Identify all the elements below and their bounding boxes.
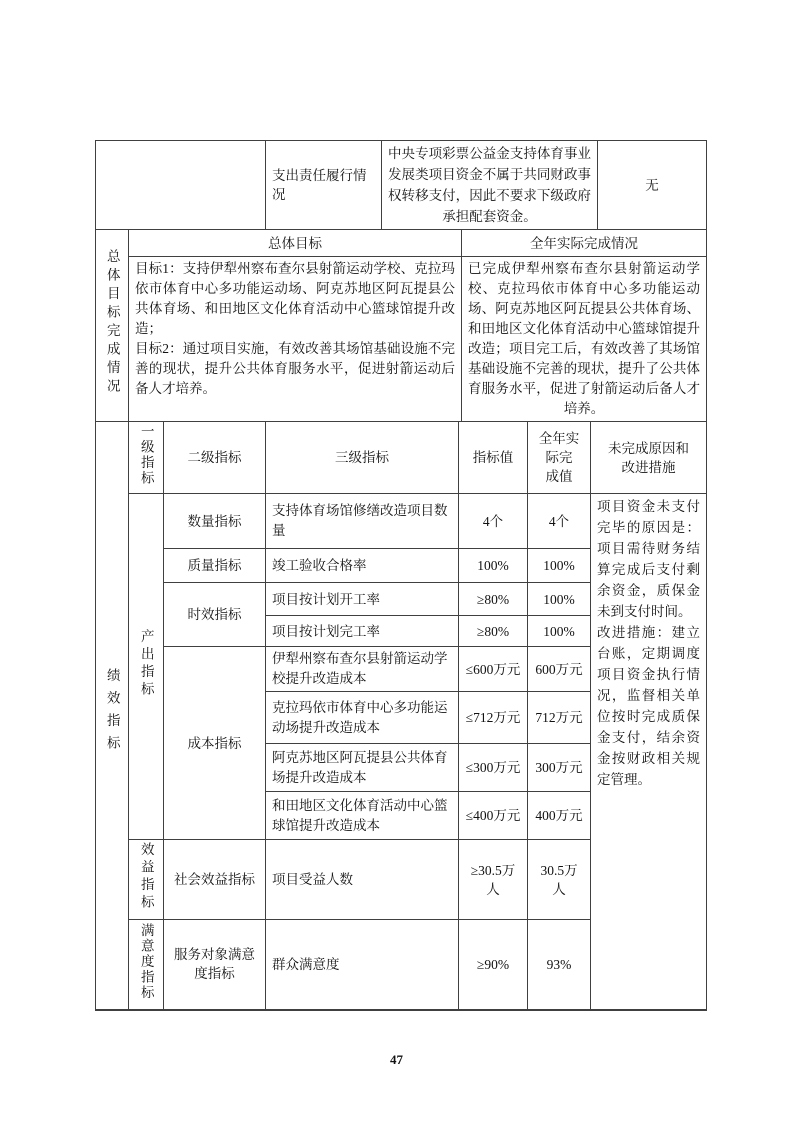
level3-cell: 项目按计划开工率 — [266, 583, 459, 616]
expenditure-detail: 中央专项彩票公益金支持体育事业发展类项目资金不属于共同财政事权转移支付，因此不要… — [382, 141, 598, 230]
header-level1-text: 一级指标 — [139, 424, 153, 486]
header-target: 指标值 — [459, 422, 528, 494]
expenditure-label: 支出责任履行情况 — [266, 141, 382, 230]
actual-cell: 4个 — [528, 494, 591, 549]
target-cell: ≥30.5万人 — [459, 840, 528, 920]
overall-goals-section: 总体目标完成情况 总体目标 全年实际完成情况 目标1：支持伊犁州察布查尔县射箭运… — [95, 229, 707, 422]
level3-cell: 竣工验收合格率 — [266, 549, 459, 583]
indicators-header-row: 绩效指标 一级指标 二级指标 三级指标 指标值 全年实 际完 成值 未完成原因和… — [96, 422, 707, 494]
level3-cell: 项目按计划完工率 — [266, 616, 459, 647]
completion-text-cell: 已完成伊犁州察布查尔县射箭运动学校、克拉玛依市体育中心多功能运动场、阿克苏地区阿… — [462, 257, 707, 422]
target-cell: 4个 — [459, 494, 528, 549]
target-cell: ≥80% — [459, 583, 528, 616]
remark-cell: 项目资金未支付完毕的原因是：项目需待财务结算完成后支付剩余资金，质保金未到支付时… — [591, 494, 707, 1010]
expenditure-result: 无 — [598, 141, 707, 230]
actual-cell: 300万元 — [528, 744, 591, 792]
level2-cell: 数量指标 — [164, 494, 266, 549]
level2-cell: 服务对象满意 度指标 — [164, 920, 266, 1010]
level1-output-text: 产出指标 — [139, 629, 153, 699]
actual-cell: 30.5万人 — [528, 840, 591, 920]
expenditure-section: 支出责任履行情况 中央专项彩票公益金支持体育事业发展类项目资金不属于共同财政事权… — [95, 140, 707, 230]
goal-column-header: 总体目标 — [129, 230, 462, 257]
header-level2: 二级指标 — [164, 422, 266, 494]
level3-cell: 群众满意度 — [266, 920, 459, 1010]
level1-satisfaction: 满意度指标 — [129, 920, 164, 1010]
actual-cell: 400万元 — [528, 792, 591, 840]
actual-cell: 93% — [528, 920, 591, 1010]
performance-report-table: 支出责任履行情况 中央专项彩票公益金支持体育事业发展类项目资金不属于共同财政事权… — [95, 140, 706, 1011]
actual-cell: 712万元 — [528, 692, 591, 744]
target-cell: ≥80% — [459, 616, 528, 647]
overall-goals-side-label-text: 总体目标完成情况 — [105, 249, 119, 397]
goal-text-cell: 目标1：支持伊犁州察布查尔县射箭运动学校、克拉玛依市体育中心多功能运动场、阿克苏… — [129, 257, 462, 422]
actual-cell: 100% — [528, 549, 591, 583]
target-cell: 100% — [459, 549, 528, 583]
completion-column-header: 全年实际完成情况 — [462, 230, 707, 257]
indicator-row: 产出指标 数量指标 支持体育场馆修缮改造项目数量 4个 4个 项目资金未支付完毕… — [96, 494, 707, 549]
level2-cell: 质量指标 — [164, 549, 266, 583]
level1-output: 产出指标 — [129, 494, 164, 840]
target-cell: ≤300万元 — [459, 744, 528, 792]
level3-cell: 克拉玛依市体育中心多功能运动场提升改造成本 — [266, 692, 459, 744]
indicators-side-label: 绩效指标 — [96, 422, 129, 1010]
level2-cell: 社会效益指标 — [164, 840, 266, 920]
level2-cell: 成本指标 — [164, 647, 266, 840]
indicators-side-label-text: 绩效指标 — [105, 668, 119, 758]
level3-cell: 阿克苏地区阿瓦提县公共体育场提升改造成本 — [266, 744, 459, 792]
level3-cell: 和田地区文化体育活动中心篮球馆提升改造成本 — [266, 792, 459, 840]
level3-cell: 项目受益人数 — [266, 840, 459, 920]
page-number: 47 — [0, 1052, 793, 1068]
level3-cell: 支持体育场馆修缮改造项目数量 — [266, 494, 459, 549]
document-page: 支出责任履行情况 中央专项彩票公益金支持体育事业发展类项目资金不属于共同财政事权… — [0, 0, 793, 1122]
level1-benefit-text: 效益指标 — [139, 842, 153, 912]
actual-cell: 100% — [528, 583, 591, 616]
target-cell: ≤400万元 — [459, 792, 528, 840]
empty-cell — [96, 141, 266, 230]
header-remark: 未完成原因和 改进措施 — [591, 422, 707, 494]
target-cell: ≤600万元 — [459, 647, 528, 692]
level1-satisfaction-text: 满意度指标 — [139, 923, 153, 1001]
level2-cell: 时效指标 — [164, 583, 266, 647]
header-level1: 一级指标 — [129, 422, 164, 494]
overall-goals-side-label: 总体目标完成情况 — [96, 230, 129, 422]
indicators-section: 绩效指标 一级指标 二级指标 三级指标 指标值 全年实 际完 成值 未完成原因和… — [95, 421, 707, 1011]
target-cell: ≥90% — [459, 920, 528, 1010]
level1-benefit: 效益指标 — [129, 840, 164, 920]
actual-cell: 100% — [528, 616, 591, 647]
header-level3: 三级指标 — [266, 422, 459, 494]
actual-cell: 600万元 — [528, 647, 591, 692]
level3-cell: 伊犁州察布查尔县射箭运动学校提升改造成本 — [266, 647, 459, 692]
target-cell: ≤712万元 — [459, 692, 528, 744]
header-actual: 全年实 际完 成值 — [528, 422, 591, 494]
